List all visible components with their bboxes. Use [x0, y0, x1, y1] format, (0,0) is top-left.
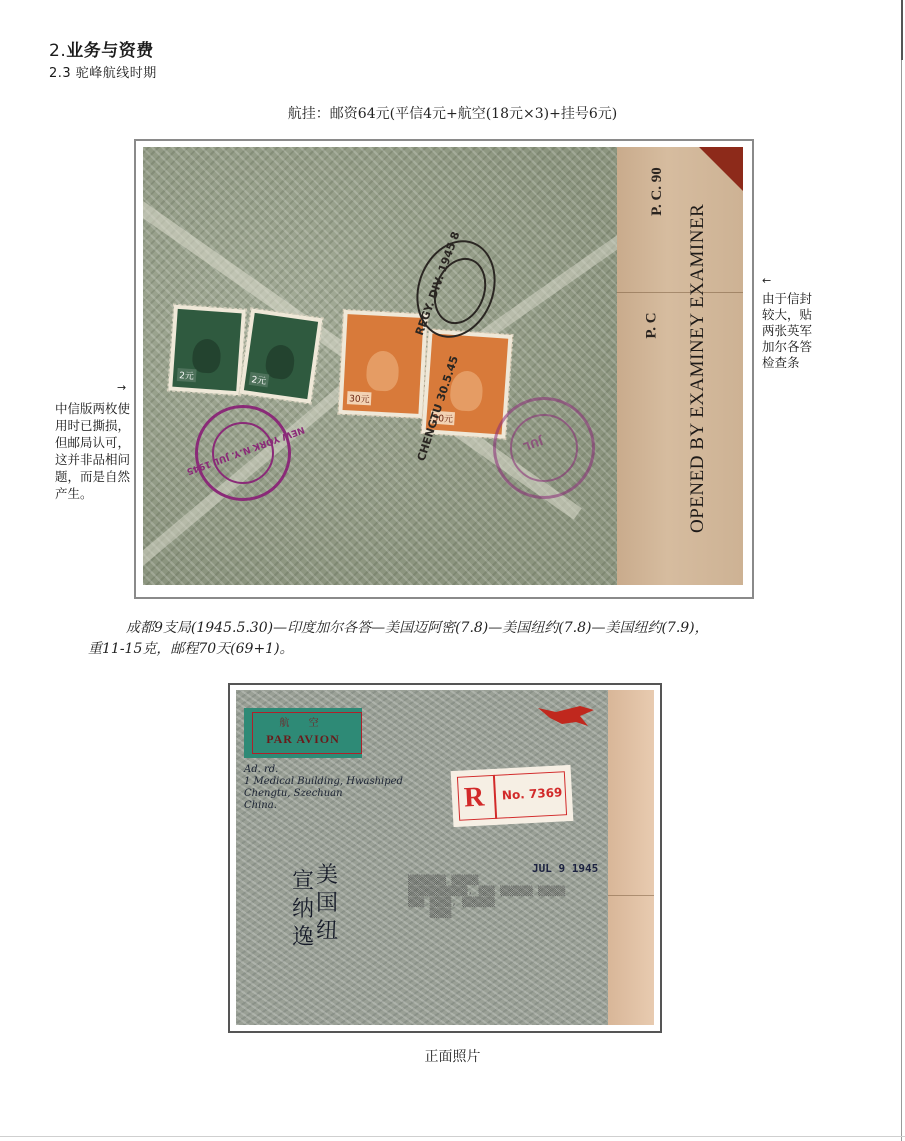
front-photo-caption: 正面照片	[0, 1046, 905, 1066]
front-cover-photo: 航 空 PAR AVION Ad. rd. 1 Medical Building…	[236, 690, 654, 1025]
censor-tape: P. C. 90 P. C OPENED BY EXAMINEY EXAMINE…	[617, 147, 743, 585]
page-bottom-edge	[0, 1136, 905, 1137]
censor-tape-seam	[617, 292, 743, 293]
section-number: 2.	[49, 41, 66, 61]
stamp-green-1: 2元	[168, 305, 246, 396]
stamp-value: 2元	[177, 368, 197, 382]
route-caption-line-2: 重11-15克，邮程70天(69+1)。	[88, 641, 294, 657]
registration-label: R No. 7369	[451, 765, 574, 827]
note-torn-stamps: 中信版两枚使用时已撕损，但邮局认可，这并非品相问题，而是自然产生。	[55, 400, 135, 502]
section-title: 业务与资费	[66, 41, 154, 61]
postage-rate-caption: 航挂：邮资64元(平信4元+航空(18元×3)+挂号6元)	[0, 103, 905, 123]
page-right-edge-shadow	[901, 0, 903, 60]
front-censor-tape	[608, 690, 654, 1025]
typed-recipient-address: ▒▒▒▒▒▒▒ ▒▒▒▒▒▒▒▒▒▒▒▒▒▒▒▒, ▒▒▒ ▒▒▒▒▒▒ ▒▒▒…	[408, 876, 565, 920]
section-heading: 2.业务与资费	[49, 36, 154, 61]
recipient-chinese-right: 美国纽	[316, 862, 340, 946]
airplane-icon	[536, 704, 596, 730]
route-caption: 成都9支局(1945.5.30)—印度加尔各答—美国迈阿密(7.8)—美国纽约(…	[88, 618, 828, 660]
airmail-label-chinese: 航 空	[244, 714, 362, 729]
note-censor-tapes: 由于信封较大，贴两张英军加尔各答检查条	[762, 291, 822, 371]
arrow-right-icon: →	[117, 381, 126, 394]
censor-mark-pc: P. C	[644, 312, 661, 338]
back-cover-photo: 2元 2元 30元 30元 REGY. DIV. 1945 8 CHENGTU …	[143, 147, 743, 585]
receiving-date-stamp: JUL 9 1945	[532, 862, 598, 875]
postmark-purple-faint	[493, 397, 595, 499]
subsection-heading: 2.3 驼峰航线时期	[49, 62, 157, 81]
censor-tape-text: OPENED BY EXAMINEY EXAMINER	[687, 204, 709, 533]
stamp-value: 2元	[249, 372, 269, 387]
airmail-label-french: PAR AVION	[244, 732, 362, 747]
envelope-red-corner	[699, 147, 743, 191]
censor-mark-pc-90: P. C. 90	[649, 167, 666, 216]
sender-address: Ad. rd. 1 Medical Building, Hwashiped Ch…	[244, 764, 403, 812]
page-right-edge	[901, 0, 902, 1141]
arrow-left-icon: ←	[762, 274, 771, 287]
stamp-portrait	[366, 350, 400, 392]
route-caption-line-1: 成都9支局(1945.5.30)—印度加尔各答—美国迈阿密(7.8)—美国纽约(…	[88, 618, 828, 639]
stamp-value: 30元	[347, 391, 372, 405]
recipient-chinese-left: 宣纳逸	[292, 868, 316, 952]
registration-letter: R	[463, 781, 485, 814]
airmail-label: 航 空 PAR AVION	[244, 708, 362, 758]
stamp-green-2: 2元	[239, 308, 322, 403]
